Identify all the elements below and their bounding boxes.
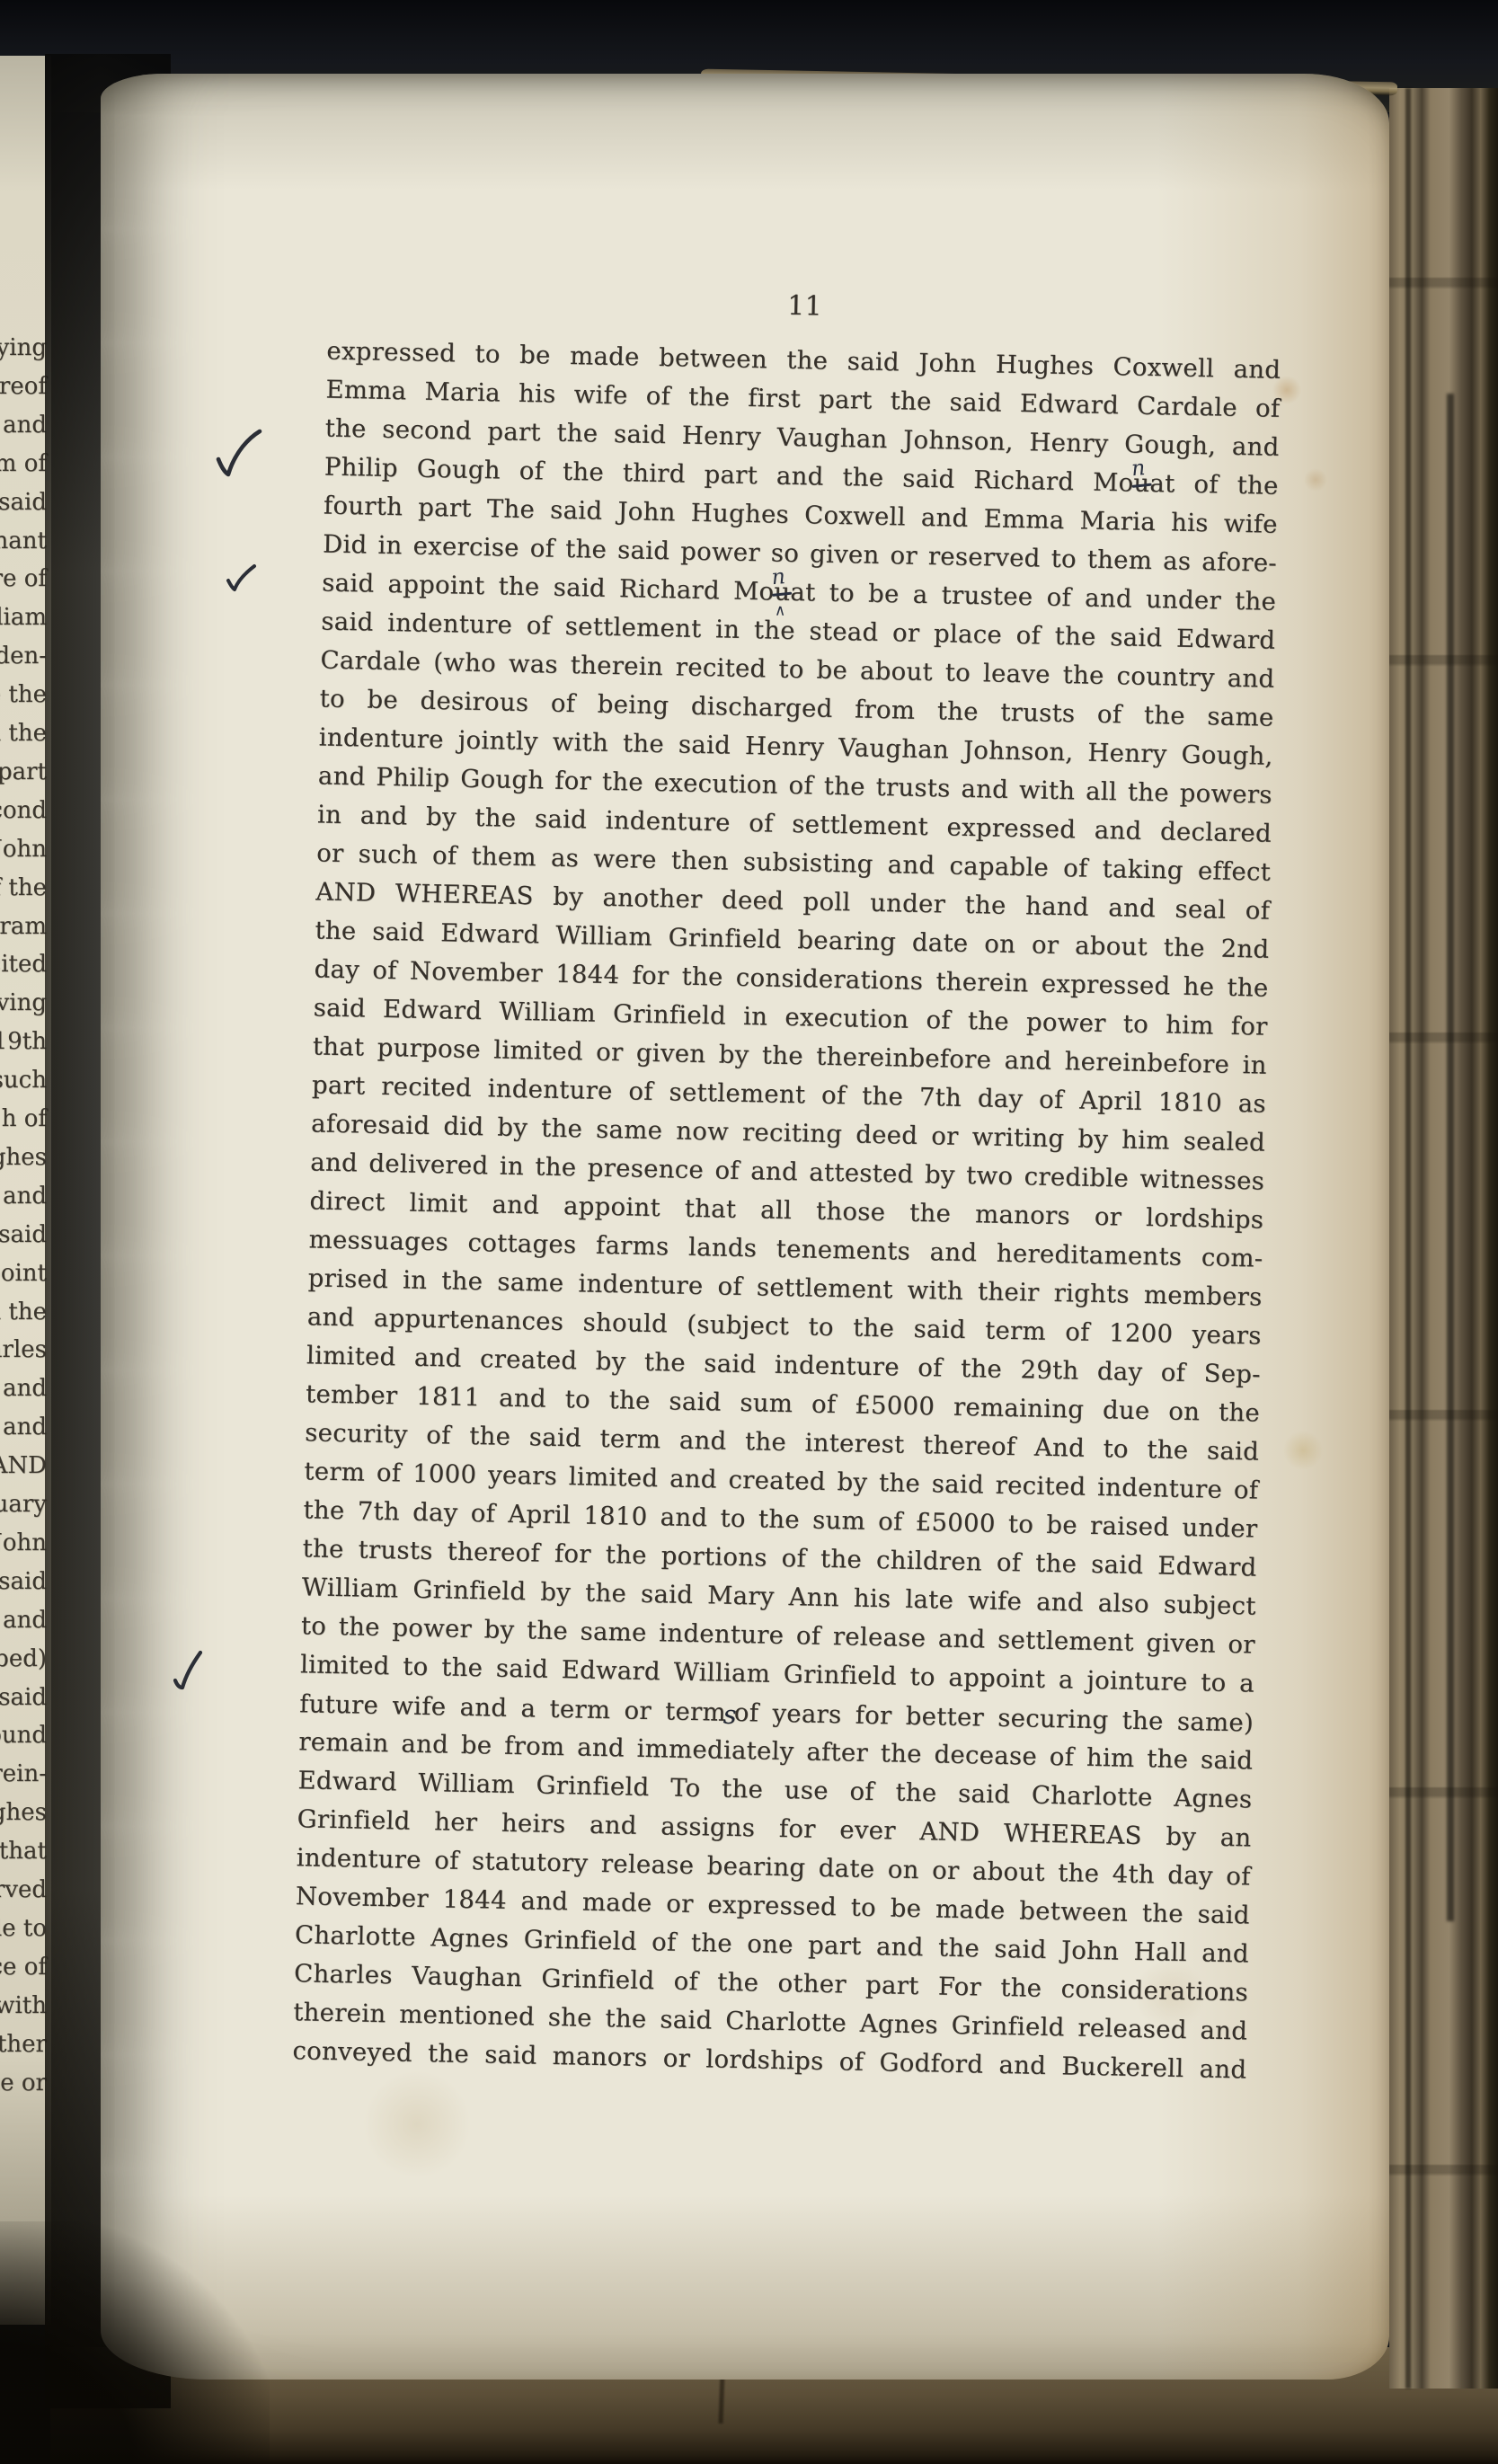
handwritten-checkmark bbox=[214, 426, 264, 482]
struck-letter: un bbox=[1133, 469, 1150, 498]
margin-text-fragment: ecited bbox=[0, 953, 47, 976]
margin-text-fragment: nuary bbox=[0, 1493, 47, 1516]
previous-page-edge: yingereofandm ofe saidenantre oflliamnde… bbox=[0, 56, 51, 2325]
margin-text-fragment: said bbox=[0, 1686, 47, 1709]
margin-text-fragment: such bbox=[0, 1068, 47, 1092]
handwritten-insert-n: n bbox=[1130, 448, 1147, 488]
margin-text-fragment: erved bbox=[0, 1878, 47, 1901]
margin-text-fragment: e the bbox=[0, 683, 47, 706]
margin-text-fragment: lliam bbox=[0, 606, 47, 629]
margin-text-fragment: ound bbox=[0, 1724, 47, 1747]
margin-text-fragment: and bbox=[3, 1415, 47, 1439]
margin-text-fragment: AND bbox=[0, 1454, 47, 1477]
margin-text-fragment: said bbox=[0, 1223, 47, 1246]
margin-text-fragment: n the bbox=[0, 722, 47, 745]
margin-text-fragment: econd bbox=[0, 799, 47, 822]
margin-text-fragment: that bbox=[0, 1839, 47, 1863]
margin-text-fragment: re of bbox=[0, 567, 47, 590]
handwritten-checkmark bbox=[171, 1648, 207, 1691]
margin-text-fragment: m of bbox=[0, 452, 47, 475]
handwritten-insert-s: s bbox=[723, 1699, 738, 1730]
margin-text-fragment: e said bbox=[0, 1570, 47, 1593]
margin-text-fragment: t and bbox=[0, 1609, 47, 1632]
margin-text-fragment: ying bbox=[0, 336, 47, 359]
page-text: expressed to be made between the said Jo… bbox=[292, 332, 1281, 2090]
page-text-block: 11 expressed to be made between the said… bbox=[292, 277, 1282, 2090]
margin-text-fragment: John bbox=[0, 838, 47, 861]
margin-text-fragment: erein- bbox=[0, 1762, 47, 1786]
margin-text-fragment: de or bbox=[0, 2071, 47, 2095]
margin-text-fragment: n the bbox=[0, 1300, 47, 1324]
margin-text-fragment: and bbox=[3, 413, 47, 437]
struck-letter: un∧ bbox=[774, 578, 791, 607]
margin-text-fragment: John bbox=[0, 1531, 47, 1555]
margin-text-fragment: nden- bbox=[0, 644, 47, 668]
margin-text-fragment: f the bbox=[0, 876, 47, 900]
margin-text-fragment: point bbox=[0, 1262, 47, 1285]
margin-text-fragment: and bbox=[3, 1184, 47, 1208]
margin-text-fragment: other bbox=[0, 2033, 47, 2056]
handwritten-caret: ∧ bbox=[775, 592, 787, 631]
margin-text-fragment: 19th bbox=[0, 1030, 47, 1053]
margin-text-fragment: ibed) bbox=[0, 1647, 47, 1671]
margin-text-fragment: and bbox=[3, 1377, 47, 1400]
page-edges-right bbox=[1389, 88, 1498, 2389]
margin-text-fragment: e said bbox=[0, 491, 47, 514]
margin-text-fragment: aving bbox=[0, 991, 47, 1015]
margin-text-fragment: harles bbox=[0, 1338, 47, 1361]
margin-text-fragment: ughes bbox=[0, 1146, 47, 1169]
margin-text-fragment: gram bbox=[0, 915, 47, 938]
margin-text-fragment: enant bbox=[0, 529, 47, 553]
margin-text-fragment: le to bbox=[0, 1917, 47, 1940]
margin-text-fragment: ereof bbox=[0, 375, 47, 398]
margin-text-fragment: part bbox=[0, 760, 47, 784]
margin-text-fragment: ughes bbox=[0, 1801, 47, 1824]
margin-text-fragment: ce of bbox=[0, 1955, 47, 1979]
margin-text-fragment: with bbox=[0, 1994, 47, 2017]
handwritten-checkmark bbox=[225, 563, 259, 595]
book-photo: yingereofandm ofe saidenantre oflliamnde… bbox=[0, 0, 1498, 2464]
margin-text-fragment: h of bbox=[2, 1107, 47, 1130]
